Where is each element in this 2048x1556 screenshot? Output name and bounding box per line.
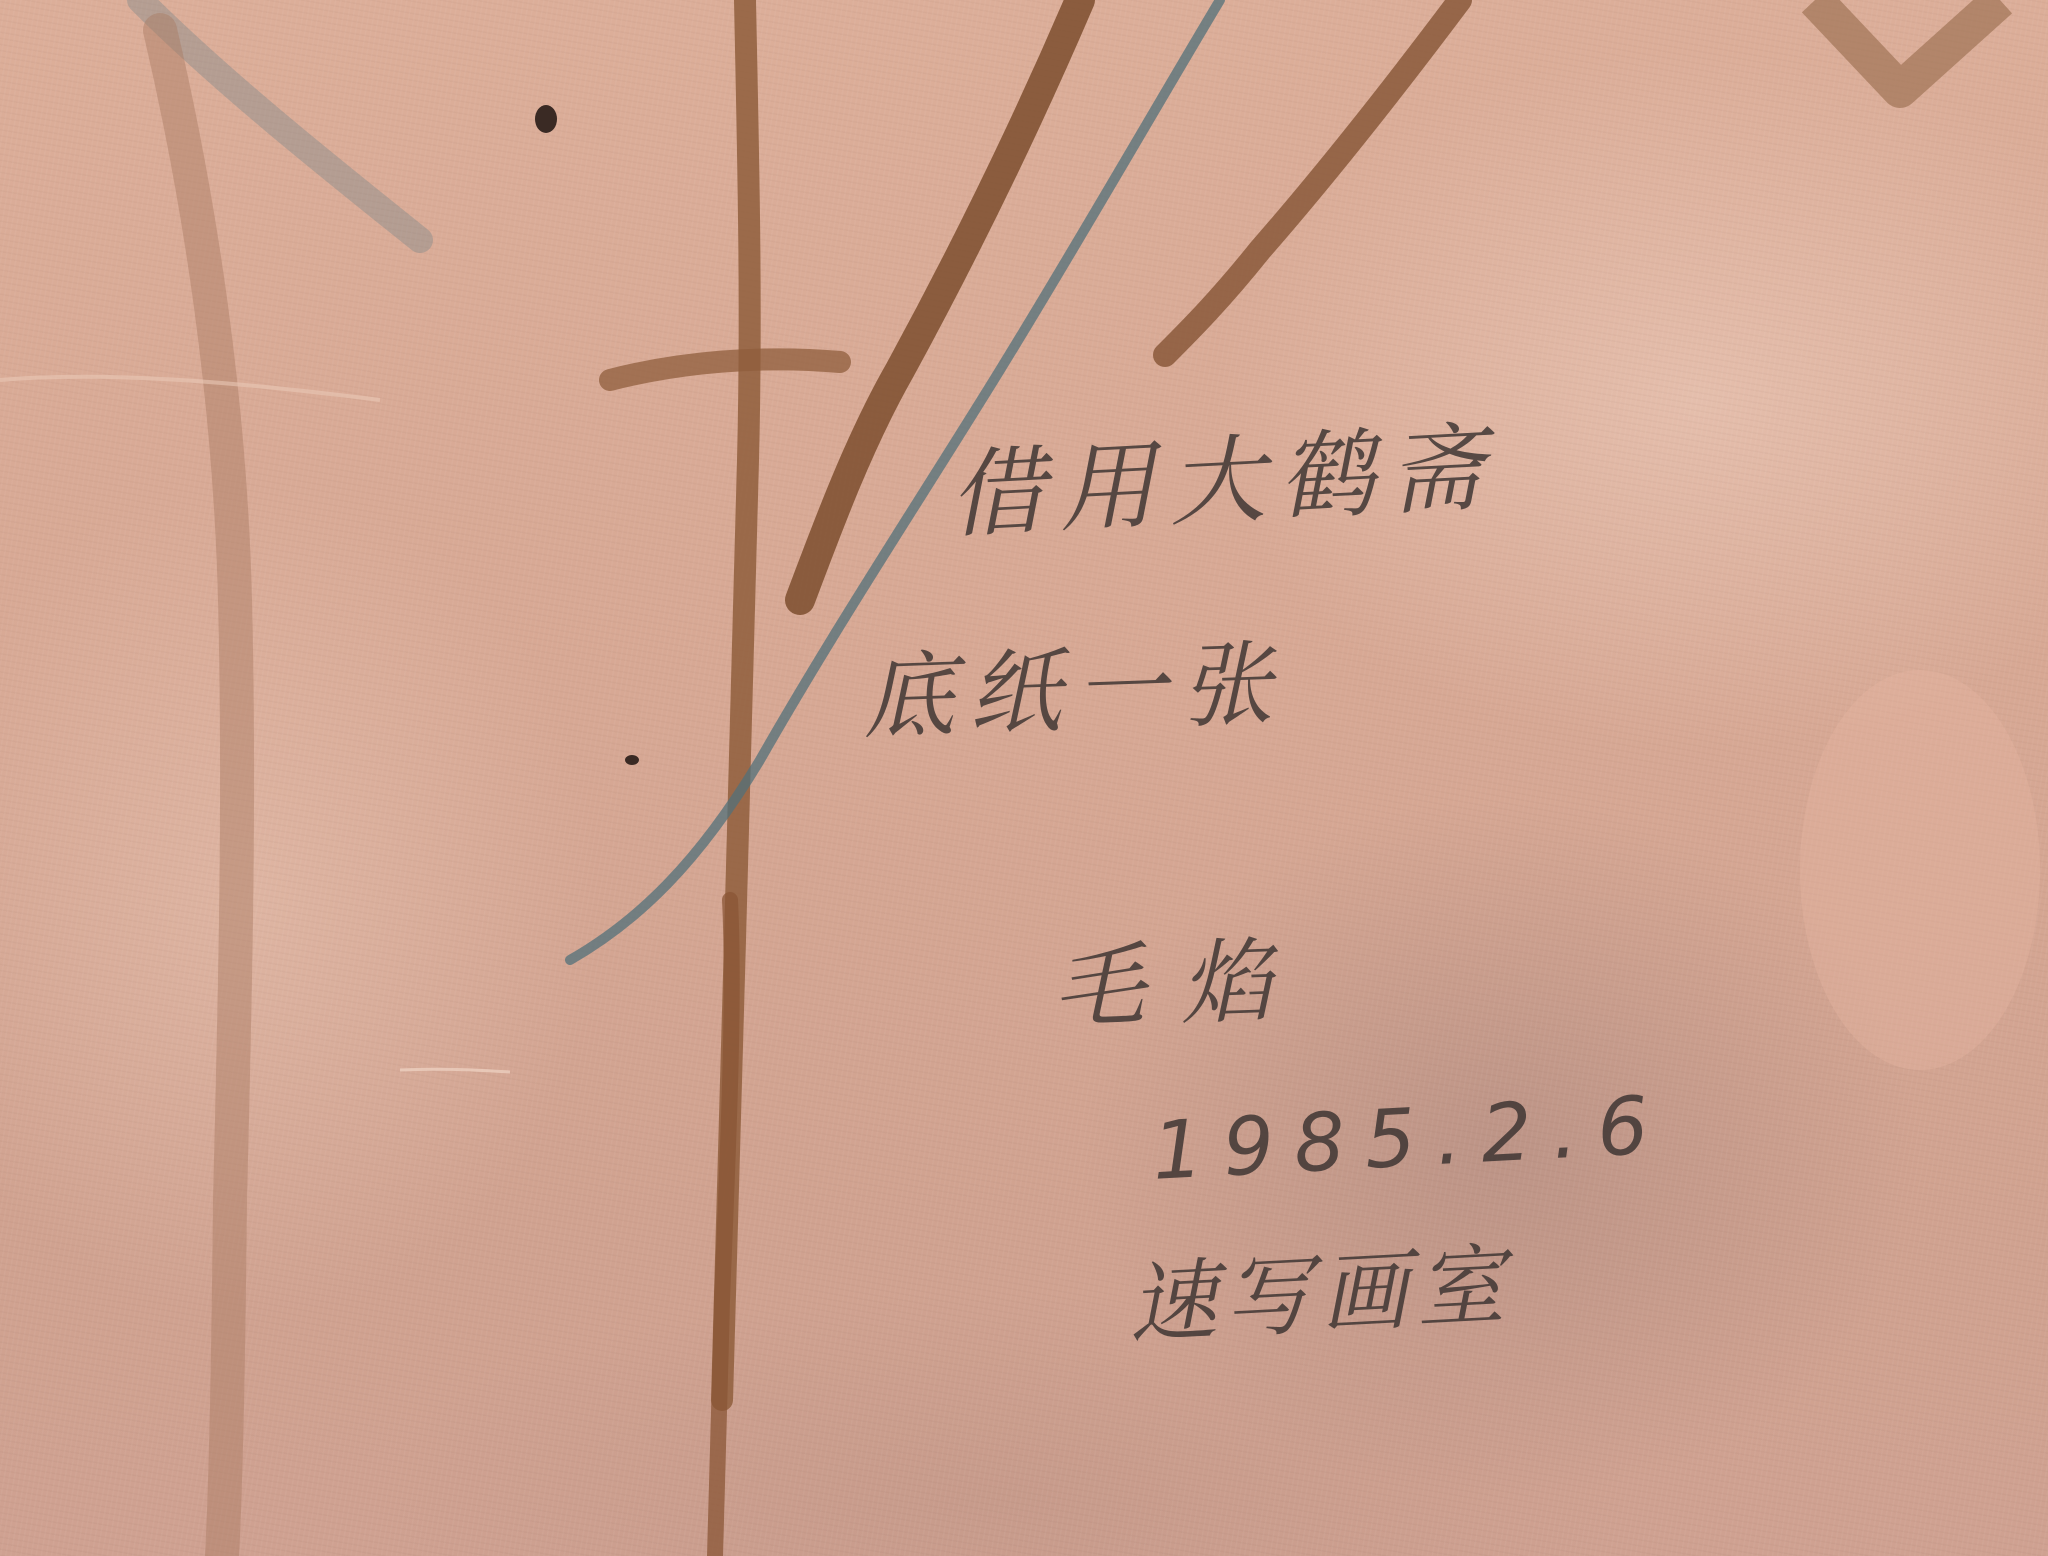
inscription-line-2: 底纸一张 <box>860 610 1288 757</box>
brush-strokes <box>0 0 2048 1556</box>
inscription-line-5: 速写画室 <box>1125 1215 1515 1361</box>
brown-stroke-right <box>1165 0 1460 355</box>
texture-ridge <box>0 377 380 400</box>
brown-stroke-branch <box>610 359 840 380</box>
painted-canvas-photo: 借用大鹤斋 底纸一张 毛焰 1985.2.6 速写画室 <box>0 0 2048 1556</box>
paint-speck <box>535 105 557 133</box>
inscription-line-1: 借用大鹤斋 <box>945 391 1501 557</box>
brown-stroke-left <box>160 30 237 1556</box>
light-patch-right <box>1800 670 2040 1070</box>
texture-ridge <box>400 1069 510 1072</box>
brown-stroke-top-right <box>1815 0 2000 90</box>
inscription-signature: 毛焰 <box>1050 906 1310 1047</box>
paint-speck <box>625 755 639 765</box>
